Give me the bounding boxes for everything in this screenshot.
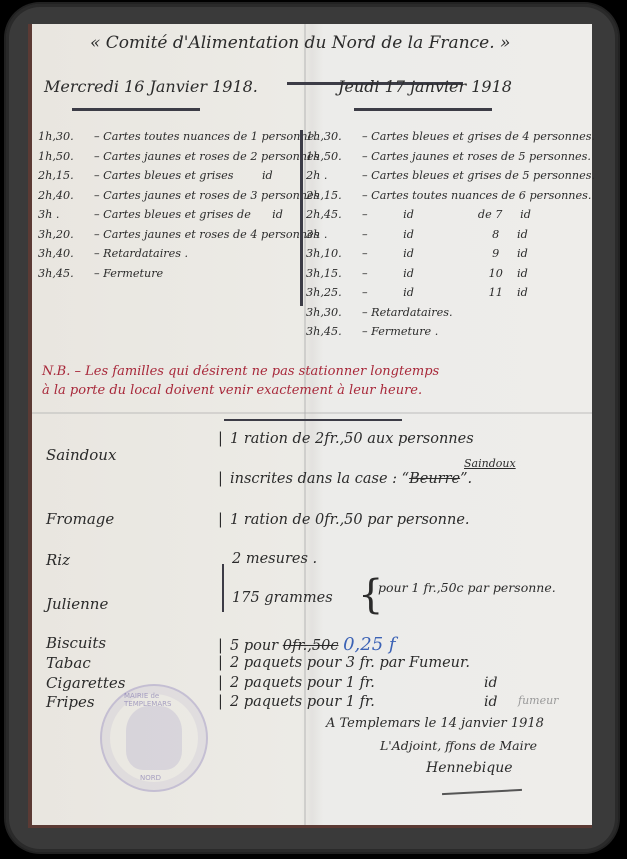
julienne-desc: 175 grammes bbox=[232, 590, 333, 606]
item-tabac: Tabac bbox=[46, 654, 91, 672]
item-saindoux: Saindoux bbox=[46, 446, 116, 464]
description: – id de 7 id bbox=[362, 208, 531, 228]
item-fripes: Fripes bbox=[46, 693, 95, 711]
document-title: « Comité d'Alimentation du Nord de la Fr… bbox=[90, 33, 510, 53]
text: 2 paquets pour 1 fr. bbox=[230, 675, 375, 691]
text: inscrites dans la case : “ bbox=[230, 471, 409, 487]
schedule-row: 1h,30.– Cartes bleues et grises de 4 per… bbox=[306, 130, 595, 150]
schedule-row: 3h,20.– Cartes jaunes et roses de 4 pers… bbox=[38, 228, 319, 248]
section-divider bbox=[224, 419, 402, 421]
cigarettes-ditto: id bbox=[484, 675, 497, 691]
column-divider bbox=[300, 130, 303, 306]
time: 3h . bbox=[306, 228, 362, 248]
description: – Retardataires . bbox=[94, 247, 188, 267]
item-fromage: Fromage bbox=[46, 510, 114, 528]
schedule-left: 1h,30.– Cartes toutes nuances de 1 perso… bbox=[38, 130, 319, 286]
description: – id 8 id bbox=[362, 228, 528, 248]
item-cigarettes: Cigarettes bbox=[46, 674, 126, 692]
schedule-row: 3h,40.– Retardataires . bbox=[38, 247, 319, 267]
time: 3h,25. bbox=[306, 286, 362, 306]
schedule-row: 1h,50.– Cartes jaunes et roses de 2 pers… bbox=[38, 150, 319, 170]
municipal-stamp: MAIRIE de TEMPLEMARS NORD bbox=[100, 684, 208, 792]
description: – Cartes jaunes et roses de 3 personnes bbox=[94, 189, 319, 209]
schedule-row: 2h,40.– Cartes jaunes et roses de 3 pers… bbox=[38, 189, 319, 209]
schedule-row: 3h,45.– Fermeture bbox=[38, 267, 319, 287]
text: 5 pour bbox=[230, 638, 278, 654]
schedule-row: 3h,15.– id 10 id bbox=[306, 267, 595, 287]
fromage-desc: |1 ration de 0fr.,50 par personne. bbox=[218, 512, 470, 528]
fripes-ditto: id bbox=[484, 694, 497, 710]
corrected-price: 0,25 f bbox=[343, 634, 395, 655]
tabac-desc: |2 paquets pour 3 fr. par Fumeur. bbox=[218, 655, 470, 671]
picture-frame: « Comité d'Alimentation du Nord de la Fr… bbox=[6, 4, 618, 852]
time: 1h,30. bbox=[306, 130, 362, 150]
schedule-row: 3h .– Cartes bleues et grises de id bbox=[38, 208, 319, 228]
schedule-row: 1h,50.– Cartes jaunes et roses de 5 pers… bbox=[306, 150, 595, 170]
schedule-row: 2h .– Cartes bleues et grises de 5 perso… bbox=[306, 169, 595, 189]
time: 3h,15. bbox=[306, 267, 362, 287]
riz-desc: 2 mesures . bbox=[232, 551, 317, 567]
schedule-row: 3h .– id 8 id bbox=[306, 228, 595, 248]
day-heading-left: Mercredi 16 Janvier 1918. bbox=[44, 77, 258, 96]
place-and-date: A Templemars le 14 janvier 1918 bbox=[326, 716, 544, 731]
fold-crease-horizontal bbox=[32, 412, 592, 414]
struck-price: 0fr.,50c bbox=[283, 638, 339, 654]
saindoux-correction: Saindoux bbox=[464, 457, 516, 470]
schedule-row: 3h,25.– id 11 id bbox=[306, 286, 595, 306]
description: – Fermeture bbox=[94, 267, 163, 287]
time: 2h,45. bbox=[306, 208, 362, 228]
time: 1h,50. bbox=[306, 150, 362, 170]
schedule-row: 2h,15.– Cartes bleues et grises id bbox=[38, 169, 319, 189]
item-biscuits: Biscuits bbox=[46, 634, 106, 652]
text: 2 paquets pour 1 fr. bbox=[230, 694, 375, 710]
description: – Cartes bleues et grises id bbox=[94, 169, 273, 189]
description: – Cartes toutes nuances de 6 personnes. bbox=[362, 189, 591, 209]
signature: Hennebique bbox=[426, 760, 513, 776]
riz-julienne-price: pour 1 fr.,50c par personne. bbox=[378, 580, 556, 595]
description: – Fermeture . bbox=[362, 325, 438, 345]
day-underline-right bbox=[354, 108, 492, 111]
schedule-row: 1h,30.– Cartes toutes nuances de 1 perso… bbox=[38, 130, 319, 150]
description: – Retardataires. bbox=[362, 306, 453, 326]
saindoux-line1: |1 ration de 2fr.,50 aux personnes bbox=[218, 431, 474, 447]
time: 3h,10. bbox=[306, 247, 362, 267]
schedule-row: 3h,45.– Fermeture . bbox=[306, 325, 595, 345]
schedule-right: 1h,30.– Cartes bleues et grises de 4 per… bbox=[306, 130, 595, 345]
brace-symbol: { bbox=[358, 572, 383, 618]
time: 3h,40. bbox=[38, 247, 94, 267]
schedule-row: 3h,10.– id 9 id bbox=[306, 247, 595, 267]
text: 1 ration de 2fr.,50 aux personnes bbox=[230, 431, 474, 447]
time: 2h,15. bbox=[306, 189, 362, 209]
description: – Cartes toutes nuances de 1 personne. bbox=[94, 130, 318, 150]
fripes-desc: |2 paquets pour 1 fr. bbox=[218, 694, 375, 710]
time: 2h . bbox=[306, 169, 362, 189]
signature-underline bbox=[442, 789, 522, 795]
text: 2 paquets pour 3 fr. par Fumeur. bbox=[230, 655, 470, 671]
struck-word: Beurre bbox=[409, 471, 460, 487]
description: – id 11 id bbox=[362, 286, 528, 306]
time: 3h,45. bbox=[38, 267, 94, 287]
pencil-annotation: fumeur bbox=[518, 694, 558, 707]
item-julienne: Julienne bbox=[46, 595, 108, 613]
day-heading-right: Jeudi 17 janvier 1918 bbox=[338, 77, 512, 96]
description: – Cartes bleues et grises de id bbox=[94, 208, 283, 228]
description: – Cartes jaunes et roses de 4 personnes bbox=[94, 228, 319, 248]
notice-text: N.B. – Les familles qui désirent ne pas … bbox=[42, 362, 562, 400]
text: 1 ration de 0fr.,50 par personne. bbox=[230, 512, 470, 528]
description: – Cartes bleues et grises de 4 personnes… bbox=[362, 130, 595, 150]
description: – Cartes jaunes et roses de 5 personnes. bbox=[362, 150, 591, 170]
notice-line: à la porte du local doivent venir exacte… bbox=[42, 381, 562, 400]
time: 3h . bbox=[38, 208, 94, 228]
description: – Cartes jaunes et roses de 2 personnes bbox=[94, 150, 319, 170]
saindoux-line2: |inscrites dans la case : “Beurre”. bbox=[218, 471, 472, 487]
description: – id 10 id bbox=[362, 267, 528, 287]
stamp-bottom-text: NORD bbox=[140, 774, 161, 782]
description: – id 9 id bbox=[362, 247, 528, 267]
stamp-emblem bbox=[126, 706, 182, 770]
schedule-row: 2h,45.– id de 7 id bbox=[306, 208, 595, 228]
time: 2h,40. bbox=[38, 189, 94, 209]
document-page: « Comité d'Alimentation du Nord de la Fr… bbox=[28, 24, 592, 828]
biscuits-desc: |5 pour 0fr.,50c 0,25 f bbox=[218, 634, 396, 655]
item-riz: Riz bbox=[46, 551, 70, 569]
schedule-row: 2h,15.– Cartes toutes nuances de 6 perso… bbox=[306, 189, 595, 209]
riz-julienne-bar bbox=[222, 564, 224, 612]
text: ”. bbox=[460, 471, 472, 487]
schedule-row: 3h,30.– Retardataires. bbox=[306, 306, 595, 326]
description: – Cartes bleues et grises de 5 personnes… bbox=[362, 169, 595, 189]
day-underline-left bbox=[72, 108, 200, 111]
stamp-top-text: MAIRIE de TEMPLEMARS bbox=[124, 692, 206, 708]
time: 3h,20. bbox=[38, 228, 94, 248]
time: 1h,50. bbox=[38, 150, 94, 170]
notice-line: N.B. – Les familles qui désirent ne pas … bbox=[42, 362, 562, 381]
signatory-title: L'Adjoint, ffons de Maire bbox=[380, 738, 537, 753]
time: 3h,45. bbox=[306, 325, 362, 345]
cigarettes-desc: |2 paquets pour 1 fr. bbox=[218, 675, 375, 691]
time: 1h,30. bbox=[38, 130, 94, 150]
time: 2h,15. bbox=[38, 169, 94, 189]
time: 3h,30. bbox=[306, 306, 362, 326]
